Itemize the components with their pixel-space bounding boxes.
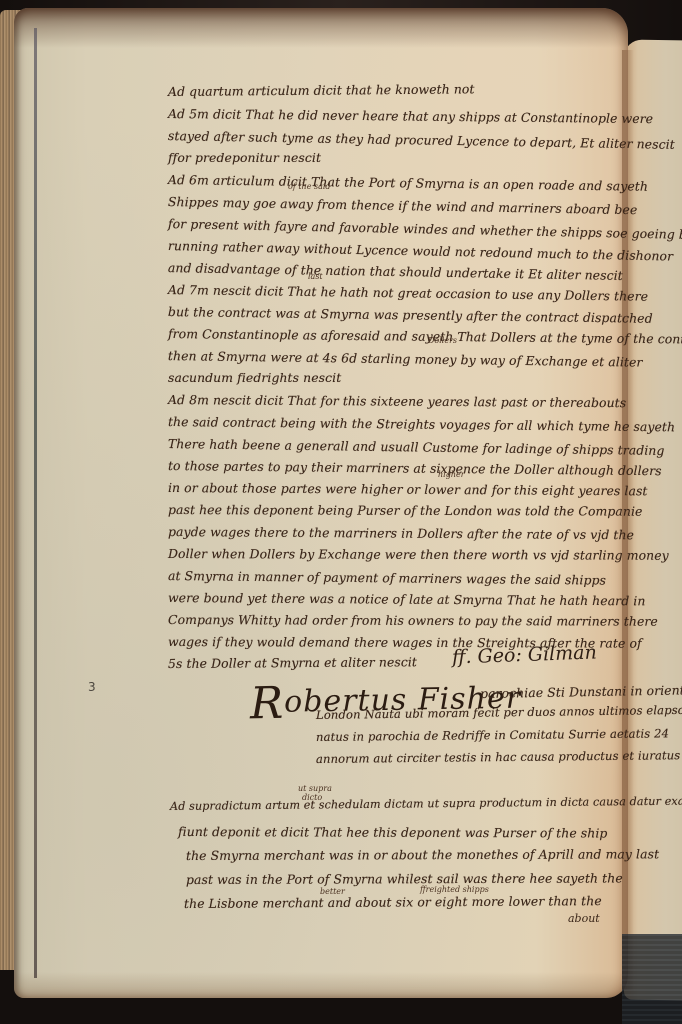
interlinear-insertion: Dollers (428, 336, 457, 345)
manuscript-line: Ad 8m nescit dicit That for this sixteen… (168, 392, 626, 410)
deposition-line: the Smyrna merchant was in or about the … (186, 846, 659, 863)
interlinear-insertion: higher (438, 470, 465, 479)
interlinear-insertion: of the said (288, 182, 331, 191)
manuscript-line: Ad quartum articulum dicit that he knowe… (168, 81, 475, 99)
deposition-line: past was in the Port of Smyrna whilest s… (186, 870, 623, 887)
manuscript-line: Doller when Dollers by Exchange were the… (168, 546, 669, 563)
folio-number: 3 (88, 680, 96, 694)
manuscript-line: ffor predeponitur nescit (168, 150, 321, 165)
manuscript-line: sacundum fiedrights nescit (168, 370, 341, 385)
manuscript-line: past hee this deponent being Purser of t… (168, 502, 643, 519)
photo-scene: 3 Ad quartum articulum dicit that he kno… (0, 0, 682, 1024)
interlinear-insertion: ut supra (298, 784, 332, 793)
catchword: about (568, 912, 600, 925)
deponent-name-initial: R (250, 678, 285, 730)
interlinear-insertion: ffreighted shipps (420, 885, 489, 894)
interlinear-insertion: last (308, 272, 323, 281)
deposition-line: fiunt deponit et dicit That hee this dep… (178, 824, 608, 840)
binding-gutter (34, 28, 37, 978)
deposition-line: the Lisbone merchant and about six or ei… (184, 893, 602, 911)
manuscript-line: Companys Whitty had order from his owner… (168, 612, 658, 629)
table-surface (622, 934, 682, 1024)
manuscript-line: 5s the Doller at Smyrna et aliter nescit (168, 654, 417, 671)
